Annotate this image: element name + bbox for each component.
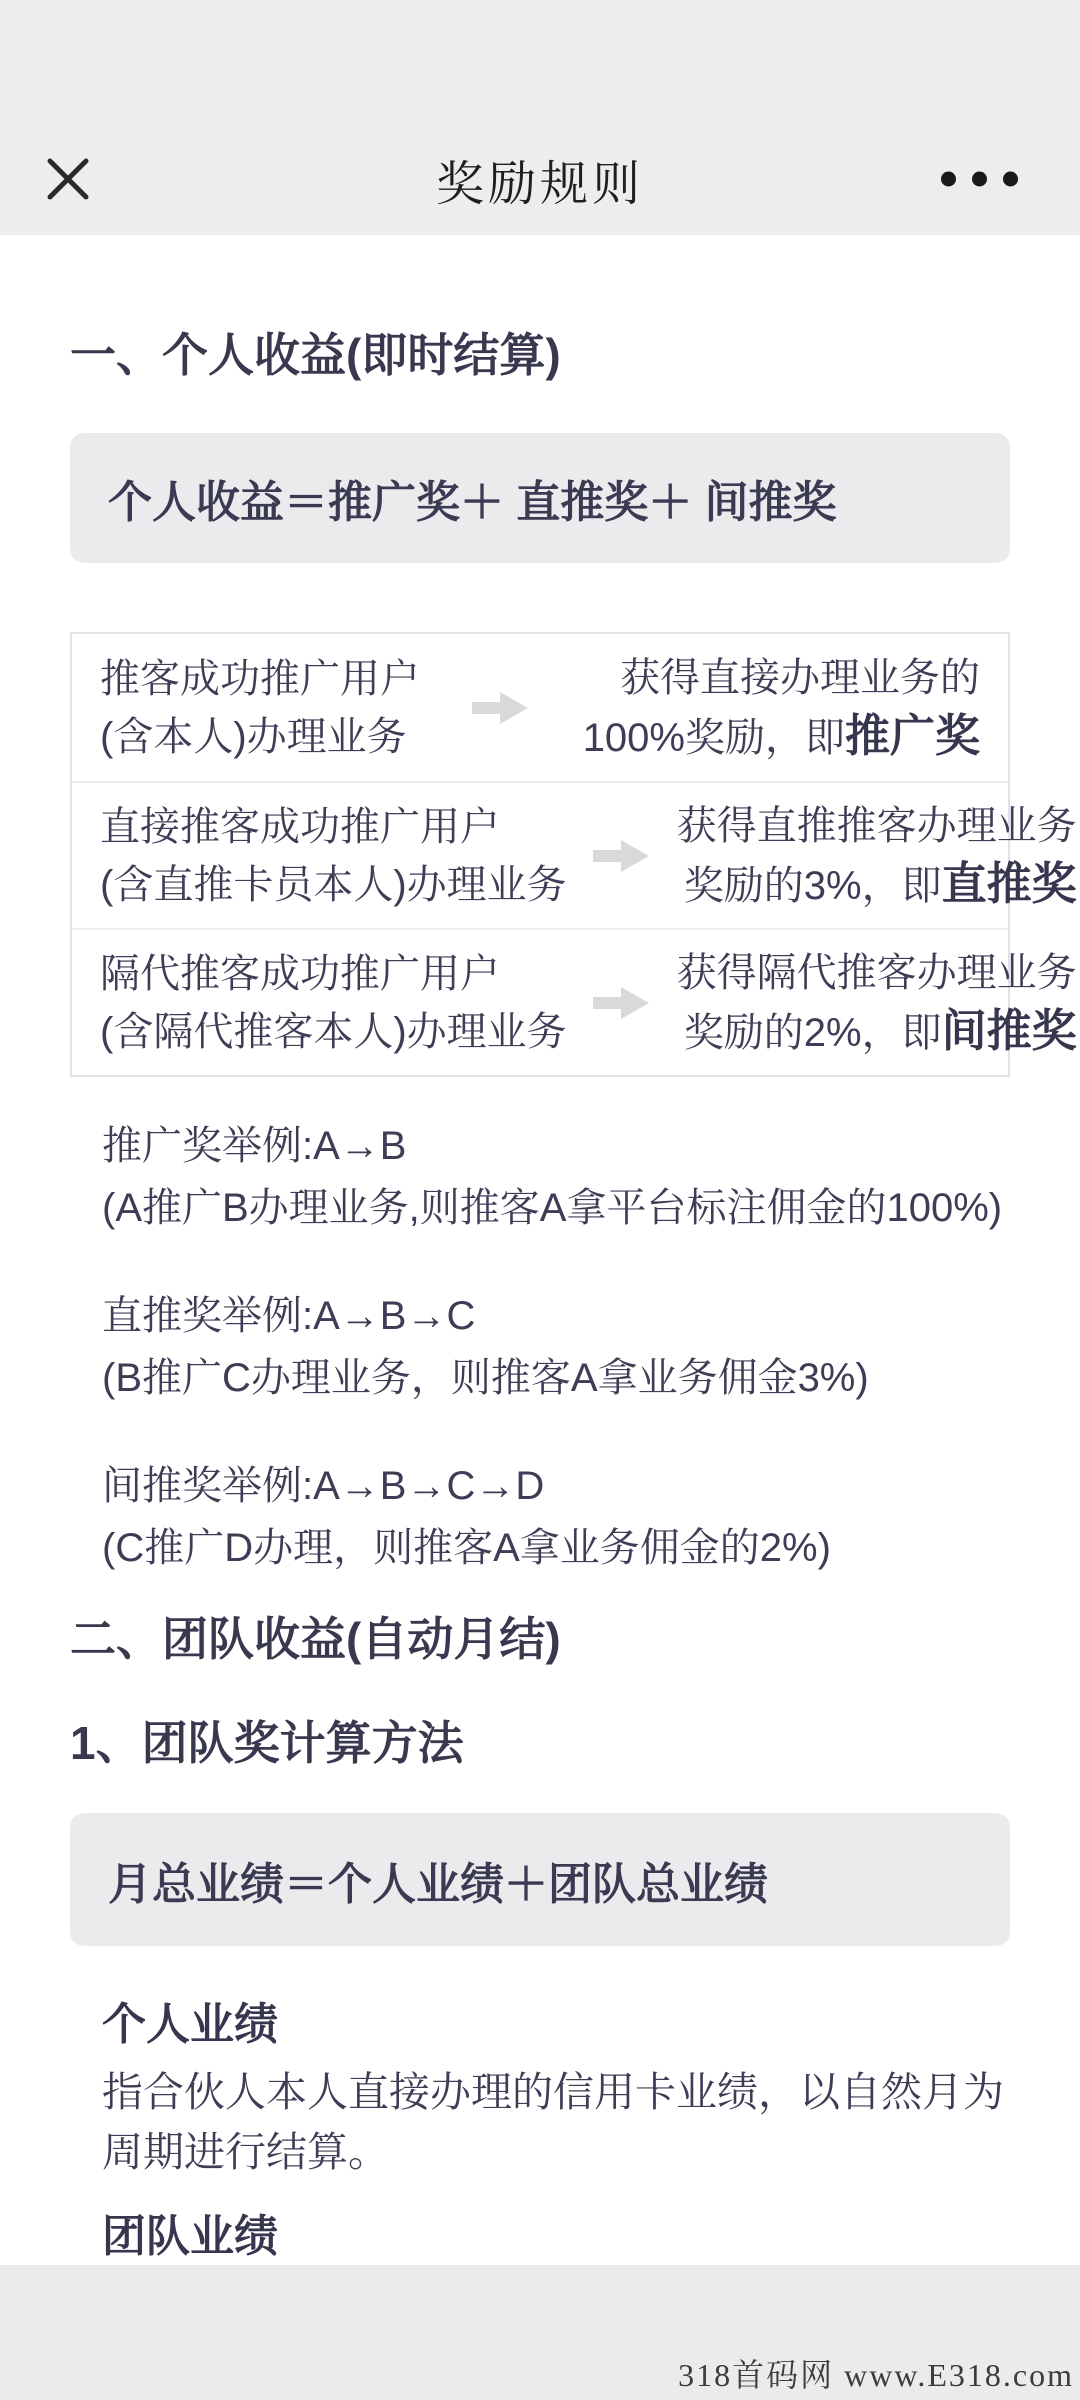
team-performance-label: 团队业绩 (70, 2214, 1010, 2260)
content: 一、个人收益(即时结算) 个人收益＝推广奖＋ 直推奖＋ 间推奖 推客成功推广用户… (0, 235, 1080, 2260)
personal-performance-desc: 指合伙人本人直接办理的信用卡业绩，以自然月为周期进行结算。 (70, 2062, 1010, 2182)
arrow-cell (567, 981, 677, 1025)
rule-condition: 隔代推客成功推广用户 (含隔代推客本人)办理业务 (100, 945, 567, 1061)
rule-result: 获得隔代推客办理业务 奖励的2%，即间推奖 (677, 944, 1077, 1062)
more-icon (941, 172, 1018, 187)
example-block: 间推奖举例:A→B→C→D (C推广D办理，则推客A拿业务佣金的2%) (102, 1455, 1010, 1579)
rule-condition-line1: 直接推客成功推广用户 (100, 798, 567, 856)
rule-result: 获得直推推客办理业务 奖励的3%，即直推奖 (677, 797, 1077, 915)
example-desc: (A推广B办理业务,则推客A拿平台标注佣金的100%) (102, 1177, 1010, 1239)
table-row: 推客成功推广用户 (含本人)办理业务 获得直接办理业务的 100%奖励，即推广奖 (72, 634, 1008, 781)
page-title: 奖励规则 (0, 145, 1080, 214)
rule-result-line2: 奖励的2%，即间推奖 (677, 1002, 1077, 1062)
reward-name: 直推奖 (942, 858, 1077, 909)
close-icon (45, 156, 91, 202)
right-arrow-icon (591, 834, 653, 878)
personal-performance-label: 个人业绩 (70, 2002, 1010, 2048)
rule-condition-line1: 推客成功推广用户 (100, 650, 446, 708)
more-button[interactable] (931, 162, 1028, 197)
rule-result-line1: 获得隔代推客办理业务 (677, 944, 1077, 1002)
navbar-row: 奖励规则 (0, 141, 1080, 217)
navbar: 奖励规则 (0, 0, 1080, 235)
rules-table: 推客成功推广用户 (含本人)办理业务 获得直接办理业务的 100%奖励，即推广奖… (70, 632, 1010, 1077)
rule-result-line2: 100%奖励，即推广奖 (556, 707, 980, 767)
example-desc: (B推广C办理业务，则推客A拿业务佣金3%) (102, 1347, 1010, 1409)
rule-condition: 直接推客成功推广用户 (含直推卡员本人)办理业务 (100, 798, 567, 914)
arrow-cell (567, 834, 677, 878)
reward-name: 间推奖 (942, 1005, 1077, 1056)
arrow-cell (446, 686, 556, 730)
section2-subheading: 1、团队奖计算方法 (70, 1719, 1010, 1767)
reward-rules-screen: 奖励规则 一、个人收益(即时结算) 个人收益＝推广奖＋ 直推奖＋ 间推奖 推客成… (0, 0, 1080, 2400)
rule-result-line2: 奖励的3%，即直推奖 (677, 855, 1077, 915)
rule-condition-line1: 隔代推客成功推广用户 (100, 945, 567, 1003)
reward-name: 推广奖 (845, 710, 980, 761)
example-block: 直推奖举例:A→B→C (B推广C办理业务，则推客A拿业务佣金3%) (102, 1285, 1010, 1409)
team-performance-formula-box: 月总业绩＝个人业绩＋团队总业绩 (70, 1813, 1010, 1946)
section1-heading: 一、个人收益(即时结算) (70, 331, 1010, 379)
table-row: 直接推客成功推广用户 (含直推卡员本人)办理业务 获得直推推客办理业务 奖励的3… (72, 781, 1008, 928)
rule-condition-line2: (含隔代推客本人)办理业务 (100, 1003, 567, 1061)
right-arrow-icon (591, 981, 653, 1025)
example-desc: (C推广D办理，则推客A拿业务佣金的2%) (102, 1517, 1010, 1579)
rule-condition-line2: (含本人)办理业务 (100, 708, 446, 766)
rule-result: 获得直接办理业务的 100%奖励，即推广奖 (556, 649, 980, 767)
example-title: 间推奖举例:A→B→C→D (102, 1455, 1010, 1517)
section2-heading: 二、团队收益(自动月结) (70, 1615, 1010, 1663)
example-title: 推广奖举例:A→B (102, 1115, 1010, 1177)
right-arrow-icon (470, 686, 532, 730)
team-performance-formula: 月总业绩＝个人业绩＋团队总业绩 (108, 1848, 768, 1912)
personal-income-formula-box: 个人收益＝推广奖＋ 直推奖＋ 间推奖 (70, 433, 1010, 563)
close-button[interactable] (38, 149, 98, 209)
rule-result-line1: 获得直推推客办理业务 (677, 797, 1077, 855)
example-title: 直推奖举例:A→B→C (102, 1285, 1010, 1347)
personal-income-formula: 个人收益＝推广奖＋ 直推奖＋ 间推奖 (108, 466, 836, 530)
footer-bar: 318首码网 www.E318.com (0, 2265, 1080, 2400)
examples-list: 推广奖举例:A→B (A推广B办理业务,则推客A拿平台标注佣金的100%) 直推… (70, 1115, 1010, 1579)
rule-condition: 推客成功推广用户 (含本人)办理业务 (100, 650, 446, 766)
rule-result-line1: 获得直接办理业务的 (556, 649, 980, 707)
example-block: 推广奖举例:A→B (A推广B办理业务,则推客A拿平台标注佣金的100%) (102, 1115, 1010, 1239)
watermark: 318首码网 www.E318.com (678, 2350, 1074, 2396)
table-row: 隔代推客成功推广用户 (含隔代推客本人)办理业务 获得隔代推客办理业务 奖励的2… (72, 928, 1008, 1075)
rule-condition-line2: (含直推卡员本人)办理业务 (100, 856, 567, 914)
